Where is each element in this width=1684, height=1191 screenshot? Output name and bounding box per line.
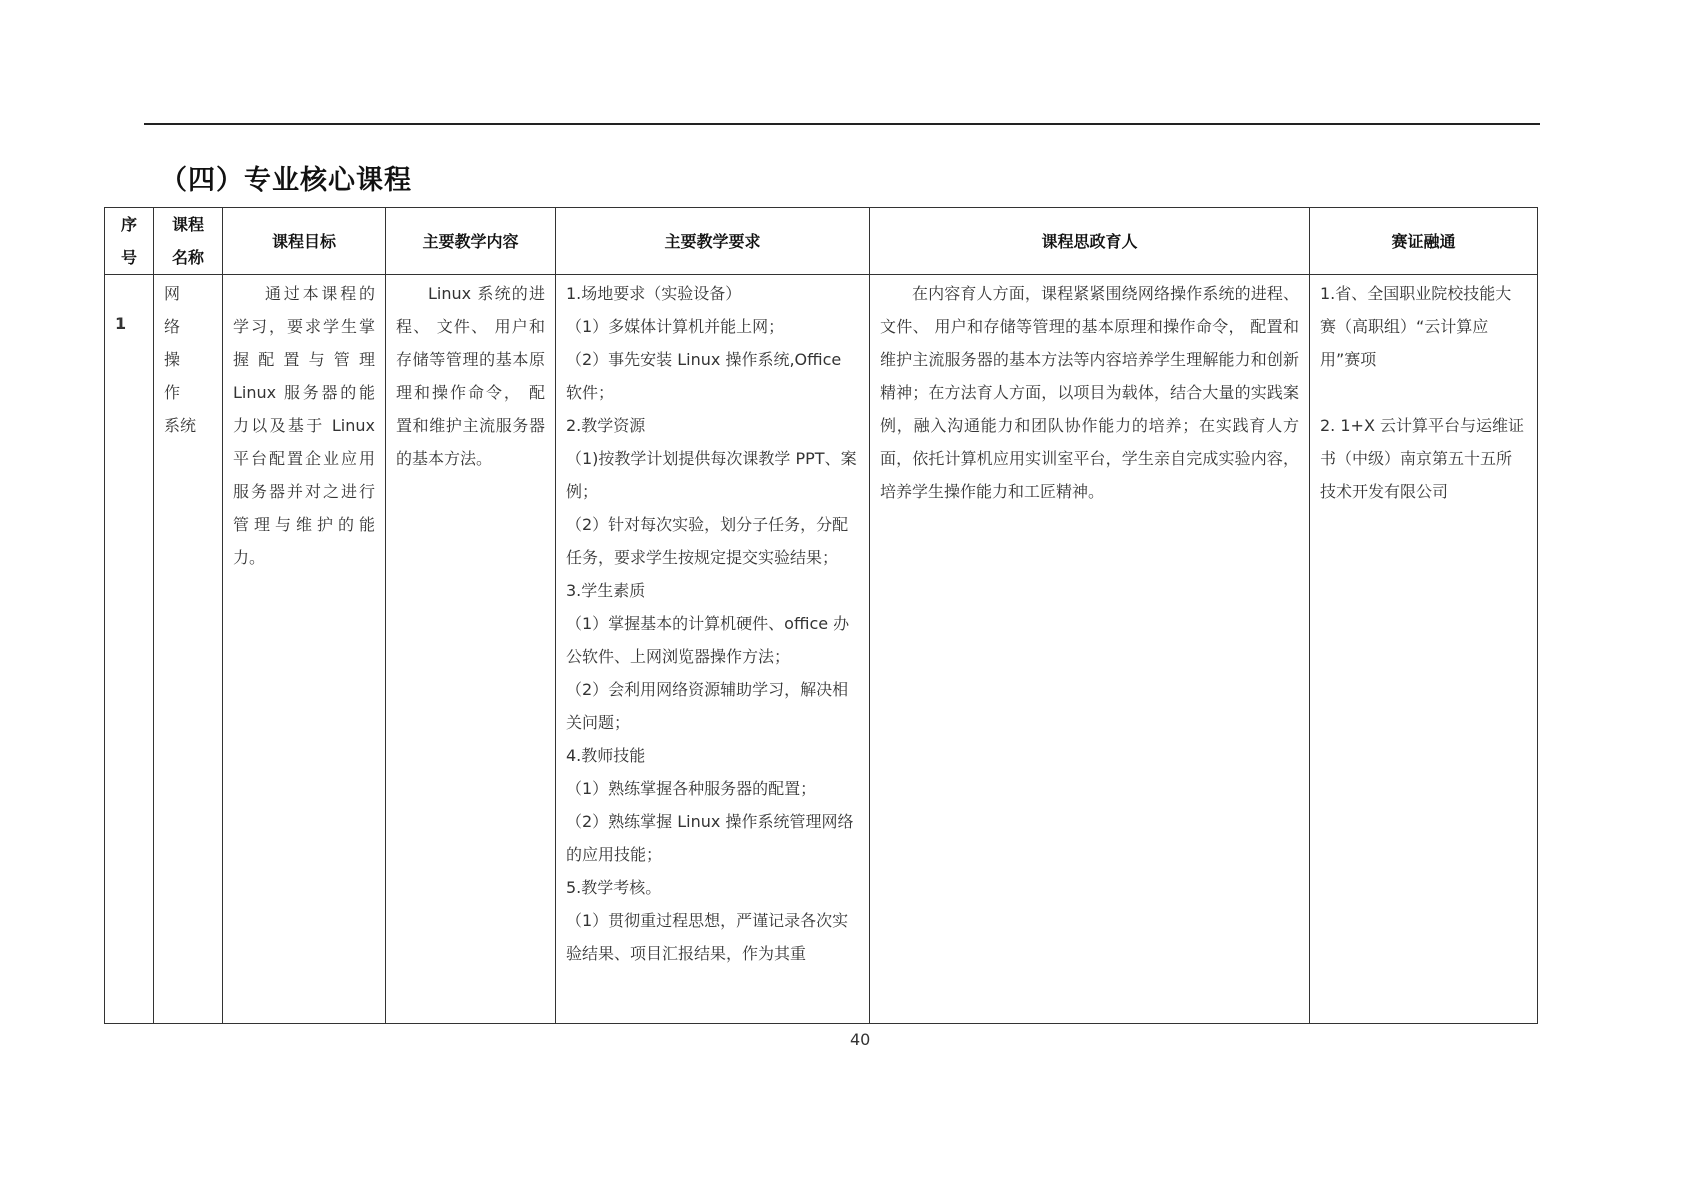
section-title: （四）专业核心课程 xyxy=(160,158,412,197)
header-course-name: 课程 名称 xyxy=(154,208,223,275)
req-line: （1）掌握基本的计算机硬件、office 办公软件、上网浏览器操作方法； xyxy=(566,607,859,673)
course-name-line2: 操 作 xyxy=(164,343,216,409)
req-line: （2）针对每次实验，划分子任务，分配任务，要求学生按规定提交实验结果； xyxy=(566,508,859,574)
certification-item-1: 1.省、全国职业院校技能大赛（高职组）“云计算应用”赛项 xyxy=(1320,277,1527,376)
cell-certification: 1.省、全国职业院校技能大赛（高职组）“云计算应用”赛项 2. 1+X 云计算平… xyxy=(1310,275,1538,1024)
req-line: （1）贯彻重过程思想，严谨记录各次实验结果、项目汇报结果，作为其重 xyxy=(566,904,859,970)
header-name-line1: 课程 xyxy=(158,208,218,241)
page-number: 40 xyxy=(850,1030,870,1049)
req-line: （1)按教学计划提供每次课教学 PPT、案例； xyxy=(566,442,859,508)
header-main-content: 主要教学内容 xyxy=(386,208,556,275)
header-no: 序 号 xyxy=(105,208,154,275)
header-certification: 赛证融通 xyxy=(1310,208,1538,275)
table-header-row: 序 号 课程 名称 课程目标 主要教学内容 主要教学要求 课程思政育人 赛证融通 xyxy=(105,208,1538,275)
main-content-text: Linux 系统的进程、 文件、 用户和存储等管理的基本原理和操作命令， 配置和… xyxy=(396,277,545,475)
req-line: （1）多媒体计算机并能上网； xyxy=(566,310,859,343)
cell-main-requirements: 1.场地要求（实验设备） （1）多媒体计算机并能上网； （2）事先安装 Linu… xyxy=(556,275,870,1024)
header-ideology: 课程思政育人 xyxy=(870,208,1310,275)
req-line: 2.教学资源 xyxy=(566,409,859,442)
core-courses-table: 序 号 课程 名称 课程目标 主要教学内容 主要教学要求 课程思政育人 赛证融通… xyxy=(104,207,1538,1024)
cell-main-content: Linux 系统的进程、 文件、 用户和存储等管理的基本原理和操作命令， 配置和… xyxy=(386,275,556,1024)
ideology-text: 在内容育人方面，课程紧紧围绕网络操作系统的进程、 文件、 用户和存储等管理的基本… xyxy=(880,277,1299,508)
req-line: 5.教学考核。 xyxy=(566,871,859,904)
req-line: （2）熟练掌握 Linux 操作系统管理网络的应用技能； xyxy=(566,805,859,871)
header-name-line2: 名称 xyxy=(158,241,218,274)
cell-ideology: 在内容育人方面，课程紧紧围绕网络操作系统的进程、 文件、 用户和存储等管理的基本… xyxy=(870,275,1310,1024)
req-line: （2）会利用网络资源辅助学习，解决相关问题； xyxy=(566,673,859,739)
cell-course-name: 网 络 操 作 系统 xyxy=(154,275,223,1024)
req-line: （1）熟练掌握各种服务器的配置； xyxy=(566,772,859,805)
req-line: （2）事先安装 Linux 操作系统,Office 软件； xyxy=(566,343,859,409)
cell-course-goal: 通过本课程的学习，要求学生掌握配置与管理 Linux 服务器的能力以及基于 Li… xyxy=(223,275,386,1024)
certification-gap xyxy=(1320,376,1527,409)
header-rule xyxy=(144,123,1540,125)
header-no-line2: 号 xyxy=(109,241,149,274)
certification-item-2: 2. 1+X 云计算平台与运维证书（中级）南京第五十五所技术开发有限公司 xyxy=(1320,409,1527,508)
header-course-goal: 课程目标 xyxy=(223,208,386,275)
header-main-requirements: 主要教学要求 xyxy=(556,208,870,275)
course-name-line3: 系统 xyxy=(164,409,216,442)
course-name-line1: 网 络 xyxy=(164,277,216,343)
table-row: 1 网 络 操 作 系统 通过本课程的学习，要求学生掌握配置与管理 Linux … xyxy=(105,275,1538,1024)
req-line: 3.学生素质 xyxy=(566,574,859,607)
req-line: 4.教师技能 xyxy=(566,739,859,772)
req-line: 1.场地要求（实验设备） xyxy=(566,277,859,310)
header-no-line1: 序 xyxy=(109,208,149,241)
course-goal-text: 通过本课程的学习，要求学生掌握配置与管理 Linux 服务器的能力以及基于 Li… xyxy=(233,277,375,574)
cell-no: 1 xyxy=(105,275,154,1024)
